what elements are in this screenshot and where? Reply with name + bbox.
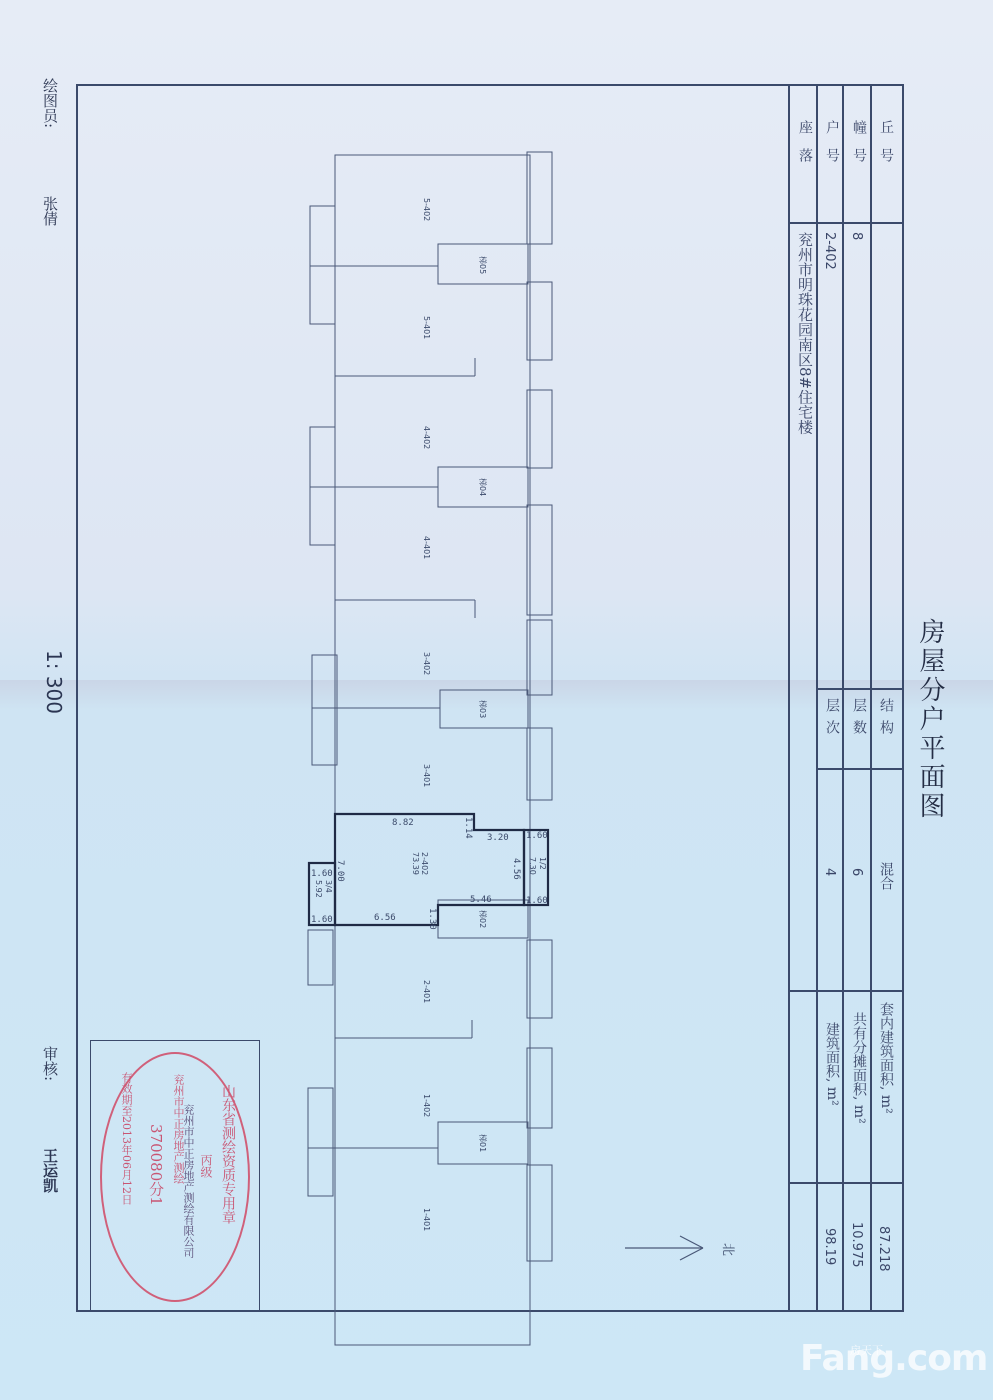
- unit-labels: 5-402 5-401 4-402 4-401 3-402 3-401 2-40…: [314, 198, 547, 1231]
- seal-outer-text: 山东省测绘资质专用章: [218, 1084, 238, 1224]
- north-label: 北: [720, 1243, 735, 1256]
- dim-top: 8.82: [392, 818, 414, 828]
- dim-bottom-notch: 1.30: [427, 908, 437, 930]
- dim-balcony-left-top: 1.60: [311, 869, 333, 879]
- dim-balcony-right-top: 1.60: [526, 831, 548, 841]
- official-seal: 山东省测绘资质专用章 丙级 兖州市中正房地产测绘 兖州市中正房地产测绘有限公司 …: [100, 1052, 250, 1302]
- dim-step: 3.20: [487, 833, 509, 843]
- stair-label: 梯01: [478, 1134, 488, 1152]
- unit-label: 5-401: [422, 316, 431, 339]
- balcony-right-area: 7.30: [528, 857, 537, 875]
- stair-label: 梯03: [478, 700, 488, 718]
- scale-label: 1: 300: [42, 650, 66, 714]
- fang-watermark-cn: 房天下: [850, 1342, 883, 1358]
- balcony-left-label: 3/4: [324, 880, 333, 893]
- dim-balcony-right-bottom: 1.60: [526, 896, 548, 906]
- dim-right: 4.56: [511, 858, 521, 880]
- balcony-left-area: 5.92: [314, 880, 323, 898]
- unit-label: 5-402: [422, 198, 431, 221]
- dim-left: 7.00: [335, 860, 345, 882]
- reviewer-label: 审核:: [40, 1046, 61, 1081]
- unit-label: 3-402: [422, 652, 431, 675]
- stair-label: 梯02: [478, 910, 488, 928]
- unit-label: 1-401: [422, 1208, 431, 1231]
- unit-label: 3-401: [422, 764, 431, 787]
- unit-label: 1-402: [422, 1094, 431, 1117]
- dim-balcony-left-bottom: 1.60: [311, 915, 333, 925]
- highlighted-unit-label: 2-402: [420, 852, 429, 875]
- drafter-label: 绘图员:: [40, 78, 61, 128]
- highlighted-unit-area: 73.39: [411, 852, 420, 875]
- unit-label: 4-402: [422, 426, 431, 449]
- reviewer-name: 王运凯: [40, 1148, 61, 1193]
- seal-date: 有效期至2013年06月12日: [118, 1072, 134, 1205]
- stair-label: 梯04: [478, 478, 488, 496]
- stair-label: 梯05: [478, 256, 488, 274]
- fang-watermark: Fang.com: [800, 1338, 987, 1379]
- seal-number: 370080分1: [146, 1124, 167, 1206]
- drafter-name: 张倩: [40, 196, 61, 226]
- seal-grade: 丙级: [198, 1154, 215, 1178]
- dim-bottom-right: 5.46: [470, 895, 492, 905]
- seal-company: 兖州市中正房地产测绘有限公司: [180, 1104, 196, 1258]
- dim-bottom-left: 6.56: [374, 913, 396, 923]
- unit-label: 2-401: [422, 980, 431, 1003]
- unit-label: 4-401: [422, 536, 431, 559]
- dim-notch: 1.14: [463, 817, 473, 839]
- north-arrow: [625, 1236, 703, 1260]
- balcony-right-label: 1/2: [538, 857, 547, 870]
